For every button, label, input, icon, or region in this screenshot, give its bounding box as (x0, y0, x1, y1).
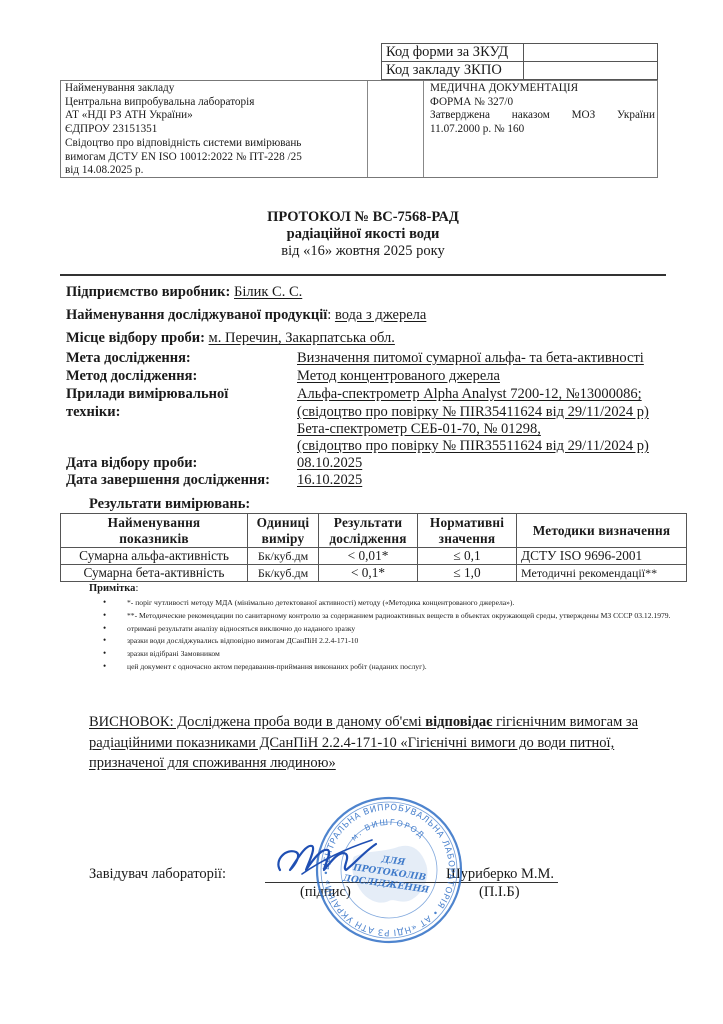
note-item: отримані результати аналізу відносяться … (103, 623, 683, 634)
approval-word: наказом (512, 109, 550, 123)
norm-value: ≤ 1,0 (418, 565, 517, 582)
field-end-date-label: Дата завершення дослідження: (66, 472, 306, 489)
institution-line: Свідоцтво про відповідність системи вимі… (65, 137, 365, 151)
note-item: зразки відібрані Замовником (103, 648, 683, 659)
protocol-date: від «16» жовтня 2025 року (60, 243, 666, 260)
note-item: цей документ є одночасно актом передаван… (103, 661, 683, 672)
institution-line: ЄДПРОУ 23151351 (65, 123, 365, 137)
institution-line: вимогам ДСТУ EN ISO 10012:2022 № ПТ-228 … (65, 151, 365, 165)
unit: Бк/куб.дм (248, 565, 319, 582)
field-label: Найменування досліджуваної продукції (66, 307, 327, 323)
indicator-name: Сумарна альфа-активність (61, 548, 248, 565)
notes-title: Примітка: (89, 583, 138, 594)
form-code-value (524, 44, 658, 62)
result-value: < 0,01* (319, 548, 418, 565)
field-label: Місце відбору проби: (66, 330, 205, 346)
institution-code-label: Код закладу ЗКПО (382, 62, 524, 80)
header-divider (423, 81, 424, 177)
instrument-line: (свідоцтво про повірку № ПIR35411624 від… (297, 404, 649, 421)
field-instruments-label: техніки: (66, 404, 291, 421)
column-header: Результатидослідження (319, 514, 418, 548)
instrument-line: Бета-спектрометр СЕБ-01-70, № 01298, (297, 421, 541, 438)
form-codes-table: Код форми за ЗКУД Код закладу ЗКПО (381, 43, 658, 80)
name-caption: (П.І.Б) (479, 884, 520, 901)
protocol-number: ПРОТОКОЛ № ВС-7568-РАД (60, 209, 666, 226)
institution-code-value (524, 62, 658, 80)
field-sample-date-label: Дата відбору проби: (66, 455, 291, 472)
medical-doc-line: МЕДИЧНА ДОКУМЕНТАЦІЯ (430, 82, 655, 96)
field-goal-value: Визначення питомої сумарної альфа- та бе… (297, 350, 644, 367)
form-code-label: Код форми за ЗКУД (382, 44, 524, 62)
approval-word: Затверджена (430, 109, 490, 123)
notes-list: *- поріг чутливості методу МДА (мінімаль… (103, 597, 683, 674)
signatory-role: Завідувач лабораторії: (89, 866, 226, 883)
indicator-name: Сумарна бета-активність (61, 565, 248, 582)
field-value: Білик С. С. (234, 284, 302, 300)
field-place: Місце відбору проби: м. Перечин, Закарпа… (66, 330, 395, 347)
conclusion-prefix: ВИСНОВОК: Досліджена проба води в даному… (89, 714, 425, 730)
header-divider (367, 81, 368, 177)
institution-line: АТ «НДІ РЗ АТН України» (65, 109, 365, 123)
protocol-subject: радіаційної якості води (60, 226, 666, 243)
institution-code-row: Код закладу ЗКПО (382, 62, 658, 80)
field-producer: Підприємство виробник: Білик С. С. (66, 284, 302, 301)
note-item: *- поріг чутливості методу МДА (мінімаль… (103, 597, 683, 608)
column-header: Методики визначення (517, 514, 687, 548)
approval-line: Затверджена наказом МОЗ України (430, 109, 655, 123)
handwritten-signature-icon (272, 830, 382, 885)
table-row: Сумарна бета-активність Бк/куб.дм < 0,1*… (61, 565, 687, 582)
conclusion: ВИСНОВОК: Досліджена проба води в даному… (89, 712, 679, 774)
norm-value: ≤ 0,1 (418, 548, 517, 565)
instrument-line: Альфа-спектрометр Alpha Analyst 7200-12,… (297, 386, 642, 403)
form-number: ФОРМА № 327/0 (430, 96, 655, 110)
method-name: Методичні рекомендації** (517, 565, 687, 582)
field-method-label: Метод дослідження: (66, 368, 291, 385)
table-row: Сумарна альфа-активність Бк/куб.дм < 0,0… (61, 548, 687, 565)
approval-word: МОЗ (572, 109, 596, 123)
form-code-row: Код форми за ЗКУД (382, 44, 658, 62)
note-item: **- Методические рекомендации по санитар… (103, 610, 683, 621)
medical-doc-info: МЕДИЧНА ДОКУМЕНТАЦІЯ ФОРМА № 327/0 Затве… (430, 82, 655, 137)
horizontal-rule (60, 274, 666, 276)
field-goal-label: Мета дослідження: (66, 350, 291, 367)
protocol-title-block: ПРОТОКОЛ № ВС-7568-РАД радіаційної якост… (60, 209, 666, 260)
field-end-date-value: 16.10.2025 (297, 472, 362, 489)
institution-line: Найменування закладу (65, 82, 365, 96)
column-header: Найменуванняпоказників (61, 514, 248, 548)
results-header-row: Найменуванняпоказників Одиницівиміру Рез… (61, 514, 687, 548)
results-table: Найменуванняпоказників Одиницівиміру Рез… (60, 513, 687, 582)
field-value: м. Перечин, Закарпатська обл. (209, 330, 395, 346)
field-instruments-label: Прилади вимірювальної (66, 386, 291, 403)
unit: Бк/куб.дм (248, 548, 319, 565)
method-name: ДСТУ ISO 9696-2001 (517, 548, 687, 565)
field-product: Найменування досліджуваної продукції: во… (66, 307, 426, 324)
field-sample-date-value: 08.10.2025 (297, 455, 362, 472)
institution-line: від 14.08.2025 р. (65, 164, 365, 178)
note-item: зразки води досліджувались відповідно ви… (103, 635, 683, 646)
field-method-value: Метод концентрованого джерела (297, 368, 500, 385)
conclusion-verdict: відповідає (425, 714, 492, 730)
approval-date: 11.07.2000 р. № 160 (430, 123, 655, 137)
institution-line: Центральна випробувальна лабораторія (65, 96, 365, 110)
column-header: Одиницівиміру (248, 514, 319, 548)
field-value: вода з джерела (335, 307, 426, 323)
field-label: Підприємство виробник: (66, 284, 230, 300)
institution-info: Найменування закладу Центральна випробув… (65, 82, 365, 178)
results-title: Результати вимірювань: (89, 496, 250, 513)
column-header: Нормативнізначення (418, 514, 517, 548)
header-box: Найменування закладу Центральна випробув… (60, 80, 658, 178)
instrument-line: (свідоцтво про повірку № ПIR35511624 від… (297, 438, 649, 455)
result-value: < 0,1* (319, 565, 418, 582)
approval-word: України (617, 109, 655, 123)
